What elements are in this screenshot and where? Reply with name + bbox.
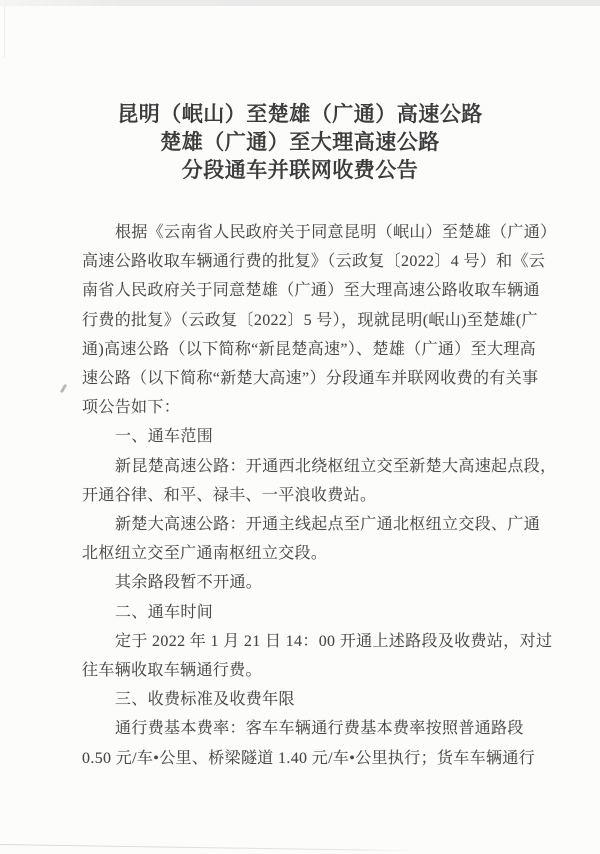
body-line: 通行费基本费率：客车车辆通行费基本费率按照普通路段 [82,714,530,743]
scan-left-edge-line [4,6,5,58]
section-heading-1: 一、通车范围 [82,422,530,451]
body-line: 行费的批复》（云政复〔2022〕5 号），现就昆明(岷山)至楚雄(广 [82,306,530,335]
announcement-title: 昆明（岷山）至楚雄（广通）高速公路 楚雄（广通）至大理高速公路 分段通车并联网收… [0,100,600,184]
body-line: 项公告如下： [82,393,530,422]
body-line: 新昆楚高速公路：开通西北绕枢纽立交至新楚大高速起点段， [82,452,530,481]
section-heading-3: 三、收费标准及收费年限 [82,685,530,714]
scan-bottom-edge-line [0,844,416,851]
title-line-2: 楚雄（广通）至大理高速公路 [0,128,600,156]
title-line-1: 昆明（岷山）至楚雄（广通）高速公路 [0,100,600,128]
body-line: 高速公路收取车辆通行费的批复》（云政复〔2022〕4 号）和《云 [82,247,530,276]
section-heading-2: 二、通车时间 [82,598,530,627]
body-line: 开通谷律、和平、禄丰、一平浪收费站。 [82,481,530,510]
body-line: 南省人民政府关于同意楚雄（广通）至大理高速公路收取车辆通 [82,276,530,305]
body-line: 其余路段暂不开通。 [82,568,530,597]
document-page: 昆明（岷山）至楚雄（广通）高速公路 楚雄（广通）至大理高速公路 分段通车并联网收… [0,0,600,854]
title-line-3: 分段通车并联网收费公告 [0,156,600,184]
body-line: 通)高速公路（以下简称“新昆楚高速”）、楚雄（广通）至大理高 [82,335,530,364]
body-line: 往车辆收取车辆通行费。 [82,656,530,685]
body-line: 定于 2022 年 1 月 21 日 14：00 开通上述路段及收费站，对过 [82,627,530,656]
announcement-body: 根据《云南省人民政府关于同意昆明（岷山）至楚雄（广通） 高速公路收取车辆通行费的… [82,218,530,773]
body-line: 北枢纽立交至广通南枢纽立交段。 [82,539,530,568]
scan-artifact-mark [60,384,67,393]
body-line: 新楚大高速公路：开通主线起点至广通北枢纽立交段、广通 [82,510,530,539]
scan-top-edge-band [0,0,600,6]
body-line: 0.50 元/车•公里、桥梁隧道 1.40 元/车•公里执行；货车车辆通行 [82,744,530,773]
body-line: 速公路（以下简称“新楚大高速”）分段通车并联网收费的有关事 [82,364,530,393]
body-line: 根据《云南省人民政府关于同意昆明（岷山）至楚雄（广通） [82,218,530,247]
